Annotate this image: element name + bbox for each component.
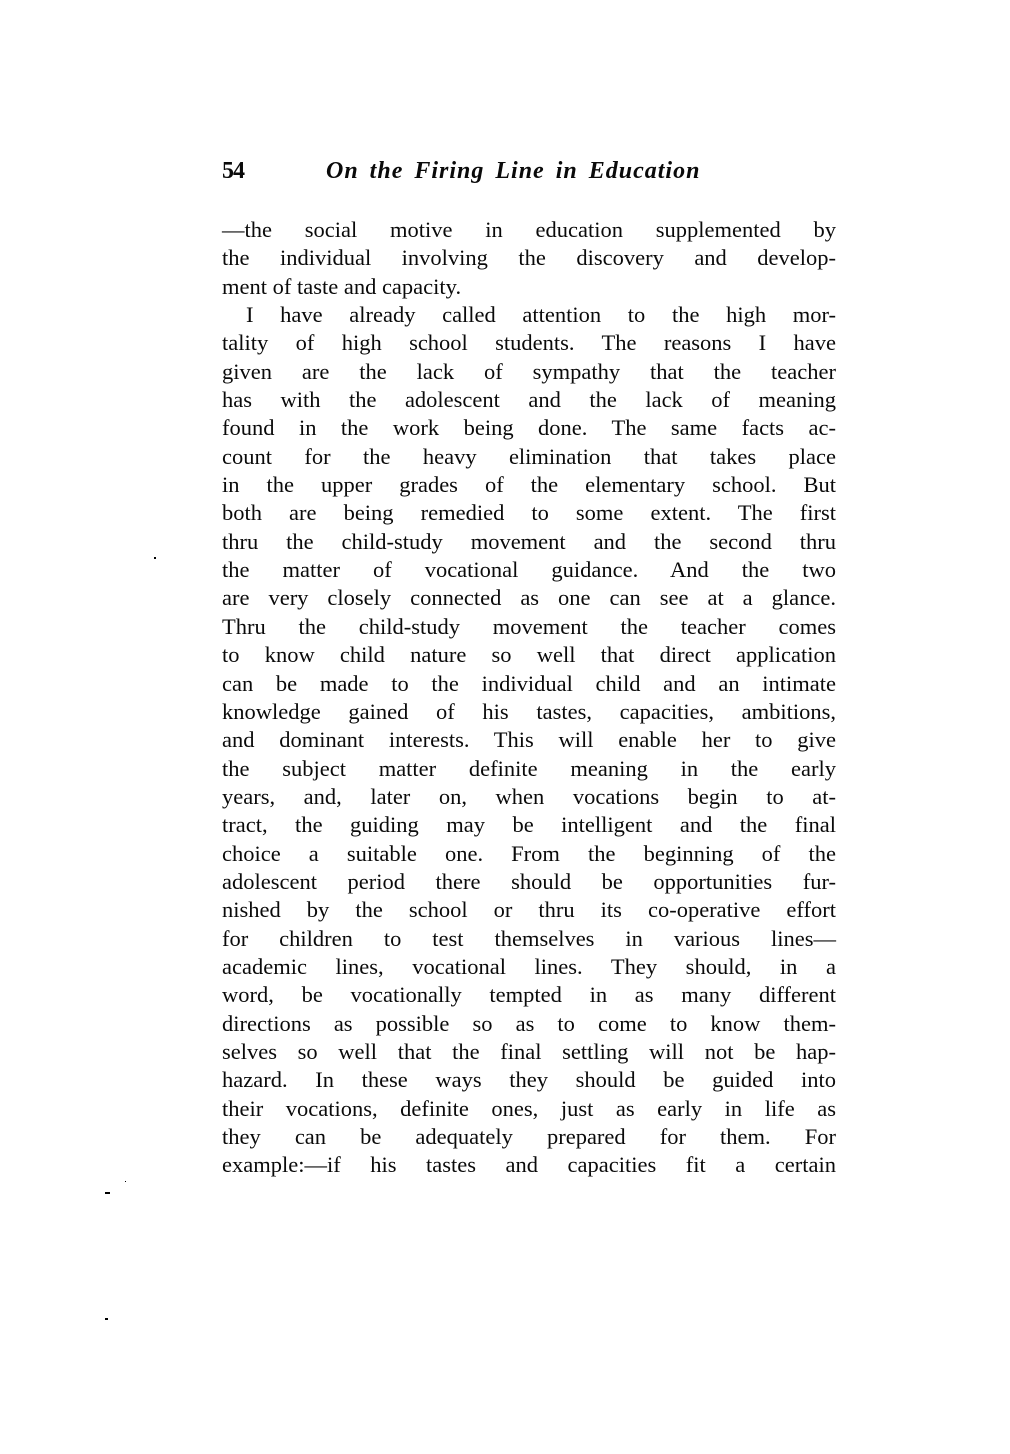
text-line: in the upper grades of the elementary sc… [222, 471, 836, 499]
text-line: years, and, later on, when vocations beg… [222, 783, 836, 811]
text-line: tract, the guiding may be intelligent an… [222, 811, 836, 839]
text-line: Thru the child-study movement the teache… [222, 613, 836, 641]
text-line: they can be adequately prepared for them… [222, 1123, 836, 1151]
paragraph-first-line: I have already called attention to the h… [222, 301, 836, 329]
book-title: On the Firing Line in Education [326, 155, 700, 187]
text-line: both are being remedied to some extent. … [222, 499, 836, 527]
text-line: adolescent period there should be opport… [222, 868, 836, 896]
text-line: nished by the school or thru its co-oper… [222, 896, 836, 924]
text-line: example:—if his tastes and capacities fi… [222, 1151, 836, 1179]
text-line: directions as possible so as to come to … [222, 1010, 836, 1038]
text-line: ment of taste and capacity. [222, 273, 836, 301]
text-line: choice a suitable one. From the beginnin… [222, 840, 836, 868]
scan-speck [125, 1181, 126, 1182]
text-line: found in the work being done. The same f… [222, 414, 836, 442]
text-line: for children to test themselves in vario… [222, 925, 836, 953]
text-line: given are the lack of sympathy that the … [222, 358, 836, 386]
text-line: word, be vocationally tempted in as many… [222, 981, 836, 1009]
text-line: the subject matter definite meaning in t… [222, 755, 836, 783]
text-line: and dominant interests. This will enable… [222, 726, 836, 754]
text-line: the individual involving the discovery a… [222, 244, 836, 272]
running-head: 54 On the Firing Line in Education [222, 155, 836, 187]
text-line: thru the child-study movement and the se… [222, 528, 836, 556]
scan-speck [105, 1192, 110, 1194]
scan-speck [154, 557, 156, 559]
scan-speck [105, 1318, 108, 1320]
text-line: knowledge gained of his tastes, capaciti… [222, 698, 836, 726]
text-line: can be made to the individual child and … [222, 670, 836, 698]
text-line: selves so well that the final settling w… [222, 1038, 836, 1066]
body-text: —the social motive in education suppleme… [222, 216, 836, 1180]
text-line: their vocations, definite ones, just as … [222, 1095, 836, 1123]
text-line: has with the adolescent and the lack of … [222, 386, 836, 414]
text-line: academic lines, vocational lines. They s… [222, 953, 836, 981]
text-line: tality of high school students. The reas… [222, 329, 836, 357]
text-line: the matter of vocational guidance. And t… [222, 556, 836, 584]
text-line: —the social motive in education suppleme… [222, 216, 836, 244]
page-number: 54 [222, 155, 244, 187]
text-line: hazard. In these ways they should be gui… [222, 1066, 836, 1094]
text-line: count for the heavy elimination that tak… [222, 443, 836, 471]
text-line: are very closely connected as one can se… [222, 584, 836, 612]
text-line: to know child nature so well that direct… [222, 641, 836, 669]
